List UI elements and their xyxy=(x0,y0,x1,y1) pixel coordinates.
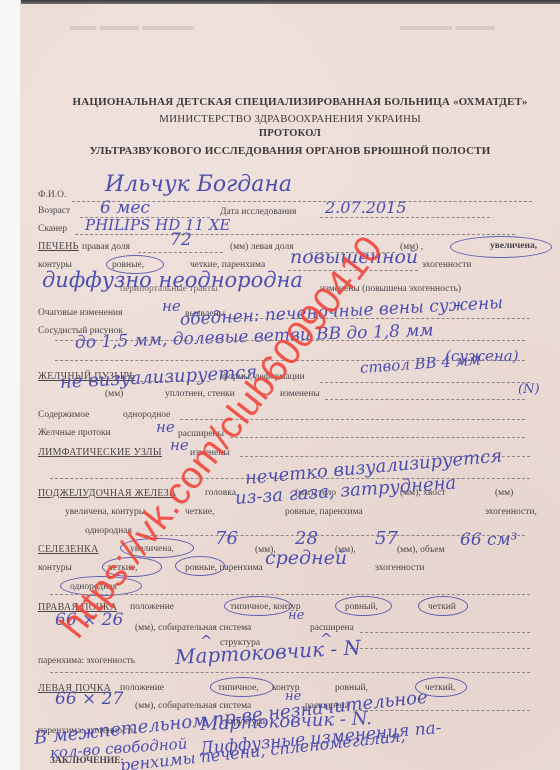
right-kidney-parenchyma-echo: паренхима: эхогенность xyxy=(38,656,135,666)
spleen-volume: 66 см³ xyxy=(460,530,517,550)
scanner-value: PHILIPS HD 11 XE xyxy=(85,216,230,234)
liver-mm-left-lobe: (мм) левая доля xyxy=(230,242,294,252)
doc-type: ПРОТОКОЛ xyxy=(20,128,560,139)
rk-line xyxy=(360,632,530,633)
gb-shape-line xyxy=(320,382,530,383)
rk-line-2 xyxy=(50,672,530,673)
left-kidney-even: ровный, xyxy=(335,683,368,693)
circle-mark xyxy=(175,556,225,576)
left-kidney-position-label: положение xyxy=(120,683,164,693)
spleen-title: СЕЛЕЗЕНКА xyxy=(38,544,99,555)
scanner-label: Сканер xyxy=(38,224,67,234)
date-value: 2.07.2015 xyxy=(325,198,406,217)
circle-mark xyxy=(450,236,552,258)
protocol-sheet: ▬▬ ▬▬▬ ▬▬▬▬ ▬▬▬▬ ▬▬▬ НАЦИОНАЛЬНАЯ ДЕТСКА… xyxy=(20,4,560,770)
liver-focal-label: Очаговые изменения xyxy=(38,308,123,318)
liver-right-lobe-label: правая доля xyxy=(82,242,130,252)
spleen-mm3: (мм), объем xyxy=(397,545,445,555)
conclusion-title: ЗАКЛЮЧЕНИЕ: xyxy=(50,756,124,766)
bleed-through-text: ▬▬▬▬ ▬▬▬ xyxy=(400,18,495,33)
scan-left-margin xyxy=(0,0,21,770)
liver-focal-value: не xyxy=(162,297,181,315)
spleen-v1: 76 xyxy=(215,528,238,549)
circle-mark xyxy=(210,677,274,697)
gallbladder-vascular-value-5: (N) xyxy=(518,382,540,397)
pancreas-mm-c: (мм) xyxy=(495,488,513,498)
age-label: Возраст xyxy=(38,206,70,216)
circle-mark xyxy=(335,596,392,616)
liver-right-lobe-value: 72 xyxy=(170,230,192,250)
hospital-name: НАЦИОНАЛЬНАЯ ДЕТСКАЯ СПЕЦИАЛИЗИРОВАННАЯ … xyxy=(30,96,560,108)
right-kidney-collecting: (мм), собирательная система xyxy=(135,623,251,633)
spleen-v2: 28 xyxy=(295,528,318,549)
rk-structure-line xyxy=(350,648,530,649)
spleen-echogenicity: эхогенности xyxy=(375,563,424,573)
bleed-through-text: ▬▬ ▬▬▬ ▬▬▬▬ xyxy=(70,18,194,33)
liver-title: ПЕЧЕНЬ xyxy=(38,241,79,252)
gallbladder-vascular-value-4: ствол ВВ 4 мм xyxy=(359,351,481,377)
liver-diffuse-value: диффузно неоднородна xyxy=(42,268,303,292)
name-label: Ф.И.О. xyxy=(38,190,66,200)
gallbladder-content-label: Содержимое xyxy=(38,410,89,420)
right-kidney-collecting-value: не xyxy=(288,608,304,623)
left-kidney-size: 66 × 27 xyxy=(55,689,123,709)
gallbladder-changed-label: изменены xyxy=(280,389,320,399)
spleen-contours-label: контуры xyxy=(38,563,72,573)
pancreas-even: ровные, паренхима xyxy=(285,507,363,517)
doc-title: УЛЬТРАЗВУКОВОГО ИССЛЕДОВАНИЯ ОРГАНОВ БРЮ… xyxy=(20,145,560,157)
spleen-parenchyma-value: средней xyxy=(265,547,347,569)
pancreas-head-label: головка xyxy=(205,488,236,498)
lymph-title: ЛИМФАТИЧЕСКИЕ УЗЛЫ xyxy=(38,447,162,458)
scanner-line xyxy=(75,234,515,235)
circle-mark xyxy=(224,596,292,616)
gallbladder-ducts-value: не xyxy=(156,418,175,436)
gallbladder-ducts-label: Желчные протоки xyxy=(38,428,111,438)
right-kidney-position-label: положение xyxy=(130,602,174,612)
circle-mark xyxy=(418,596,468,616)
age-value: 6 мес xyxy=(100,198,150,218)
pancreas-echogenicity: эхогенности, xyxy=(485,507,537,517)
gb-ducts-line xyxy=(230,437,525,438)
right-lobe-line xyxy=(138,252,223,253)
gb-changed-line xyxy=(325,399,525,400)
ministry-name: МИНИСТЕРСТВО ЗДРАВООХРАНЕНИЯ УКРАИНЫ xyxy=(20,113,560,125)
date-label: Дата исследования xyxy=(220,207,296,217)
name-value: Ильчук Богдана xyxy=(105,172,292,197)
liver-echogenicity: эхогенности xyxy=(422,260,471,270)
date-line xyxy=(320,217,490,218)
spleen-v3: 57 xyxy=(375,528,398,549)
